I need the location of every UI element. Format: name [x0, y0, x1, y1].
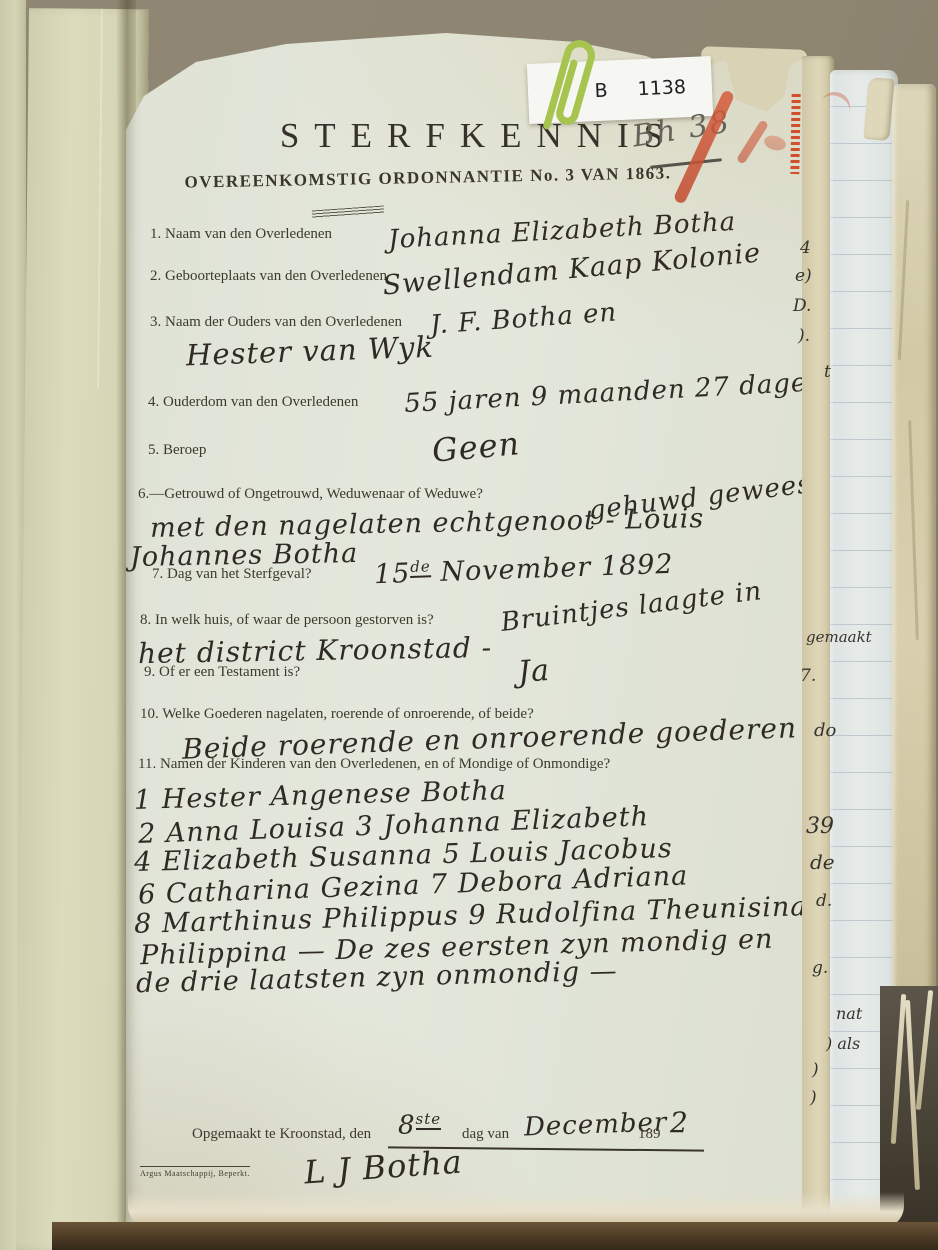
death-month-year: November 1892 — [440, 549, 674, 588]
footer-day: 8ste — [398, 1110, 441, 1141]
folded-page-corner — [863, 77, 894, 141]
archive-label-number: 1138 — [637, 76, 686, 100]
question-10-label: 10. Welke Goederen nagelaten, roerende o… — [140, 706, 534, 723]
form-subtitle: OVEREENKOMSTIG ORDONNANTIE No. 3 VAN 186… — [136, 162, 720, 193]
answer-3-parents-line1: J. F. Botha en — [429, 298, 618, 341]
question-8-label: 8. In welk huis, of waar de persoon gest… — [140, 612, 434, 629]
question-3-label: 3. Naam der Ouders van den Overledenen — [150, 314, 402, 331]
edge-fragment: 39 — [806, 814, 834, 839]
edge-fragment: ) — [812, 1060, 819, 1080]
edge-fragment: D. — [793, 296, 811, 316]
answer-5-occupation: Geen — [431, 424, 522, 470]
edge-fragment: 7. — [800, 666, 816, 686]
page-crease — [97, 9, 103, 389]
answer-4-age: 55 jaren 9 maanden 27 dagen — [404, 367, 826, 419]
footer-day-number: 8 — [398, 1111, 416, 1141]
page-stack-edge-cream — [800, 56, 834, 1236]
answer-9-testament: Ja — [517, 653, 551, 690]
edge-fragment: ) als — [826, 1034, 860, 1053]
signature: L J Botha — [303, 1143, 464, 1192]
edge-fragment: e) — [795, 266, 812, 286]
stamp-perforation-strip — [790, 94, 800, 174]
death-notice-form-page: STERFKENNIS OVEREENKOMSTIG ORDONNANTIE N… — [126, 0, 802, 1232]
footer-year-digit: 2 — [670, 1106, 689, 1139]
footer-dag-van: dag van — [462, 1126, 509, 1143]
death-day-number: 15 — [374, 558, 411, 590]
answer-7-death-date: 15de November 1892 — [374, 549, 675, 590]
question-11-label: 11. Namen der Kinderen van den Overleden… — [138, 756, 610, 773]
question-9-label: 9. Of er een Testament is? — [144, 664, 300, 681]
edge-fragment: ) — [810, 1088, 817, 1108]
answer-3-parents-line2: Hester van Wyk — [185, 330, 434, 373]
printer-imprint: Argus Maatschappij, Beperkt. — [140, 1166, 250, 1178]
edge-fragment: nat — [836, 1004, 862, 1023]
edge-fragment: t — [824, 362, 831, 382]
question-4-label: 4. Ouderdom van den Overledenen — [148, 394, 358, 411]
edge-fragment: d. — [816, 891, 832, 911]
footer-day-ordinal: ste — [416, 1110, 442, 1130]
footer-year-printed: 189 — [638, 1126, 661, 1143]
table-surface — [52, 1222, 938, 1250]
answer-6-line2: met den nagelaten echtgenoot - Louis — [150, 503, 705, 544]
footer-made-at: Opgemaakt te Kroonstad, den — [192, 1126, 371, 1143]
edge-fragment: g. — [812, 958, 828, 978]
question-5-label: 5. Beroep — [148, 442, 206, 459]
edge-fragment: de — [810, 850, 835, 874]
death-day-ordinal: de — [410, 557, 431, 578]
edge-fragment: do — [814, 720, 836, 741]
answer-8-line1: Bruintjes laagte in — [499, 576, 764, 638]
question-6-label: 6.—Getrouwd of Ongetrouwd, Weduwenaar of… — [138, 486, 483, 503]
scanned-death-notice-document: STERFKENNIS OVEREENKOMSTIG ORDONNANTIE N… — [0, 0, 938, 1250]
edge-fragment: ). — [798, 326, 810, 346]
question-2-label: 2. Geboorteplaats van den Overledenen — [150, 268, 387, 285]
question-1-label: 1. Naam van den Overledenen — [150, 226, 332, 243]
question-7-label: 7. Dag van het Sterfgeval? — [152, 566, 312, 583]
crossed-out-scribble — [312, 205, 384, 218]
edge-fragment: gemaakt — [806, 628, 872, 646]
edge-fragment: 4 — [800, 238, 811, 258]
